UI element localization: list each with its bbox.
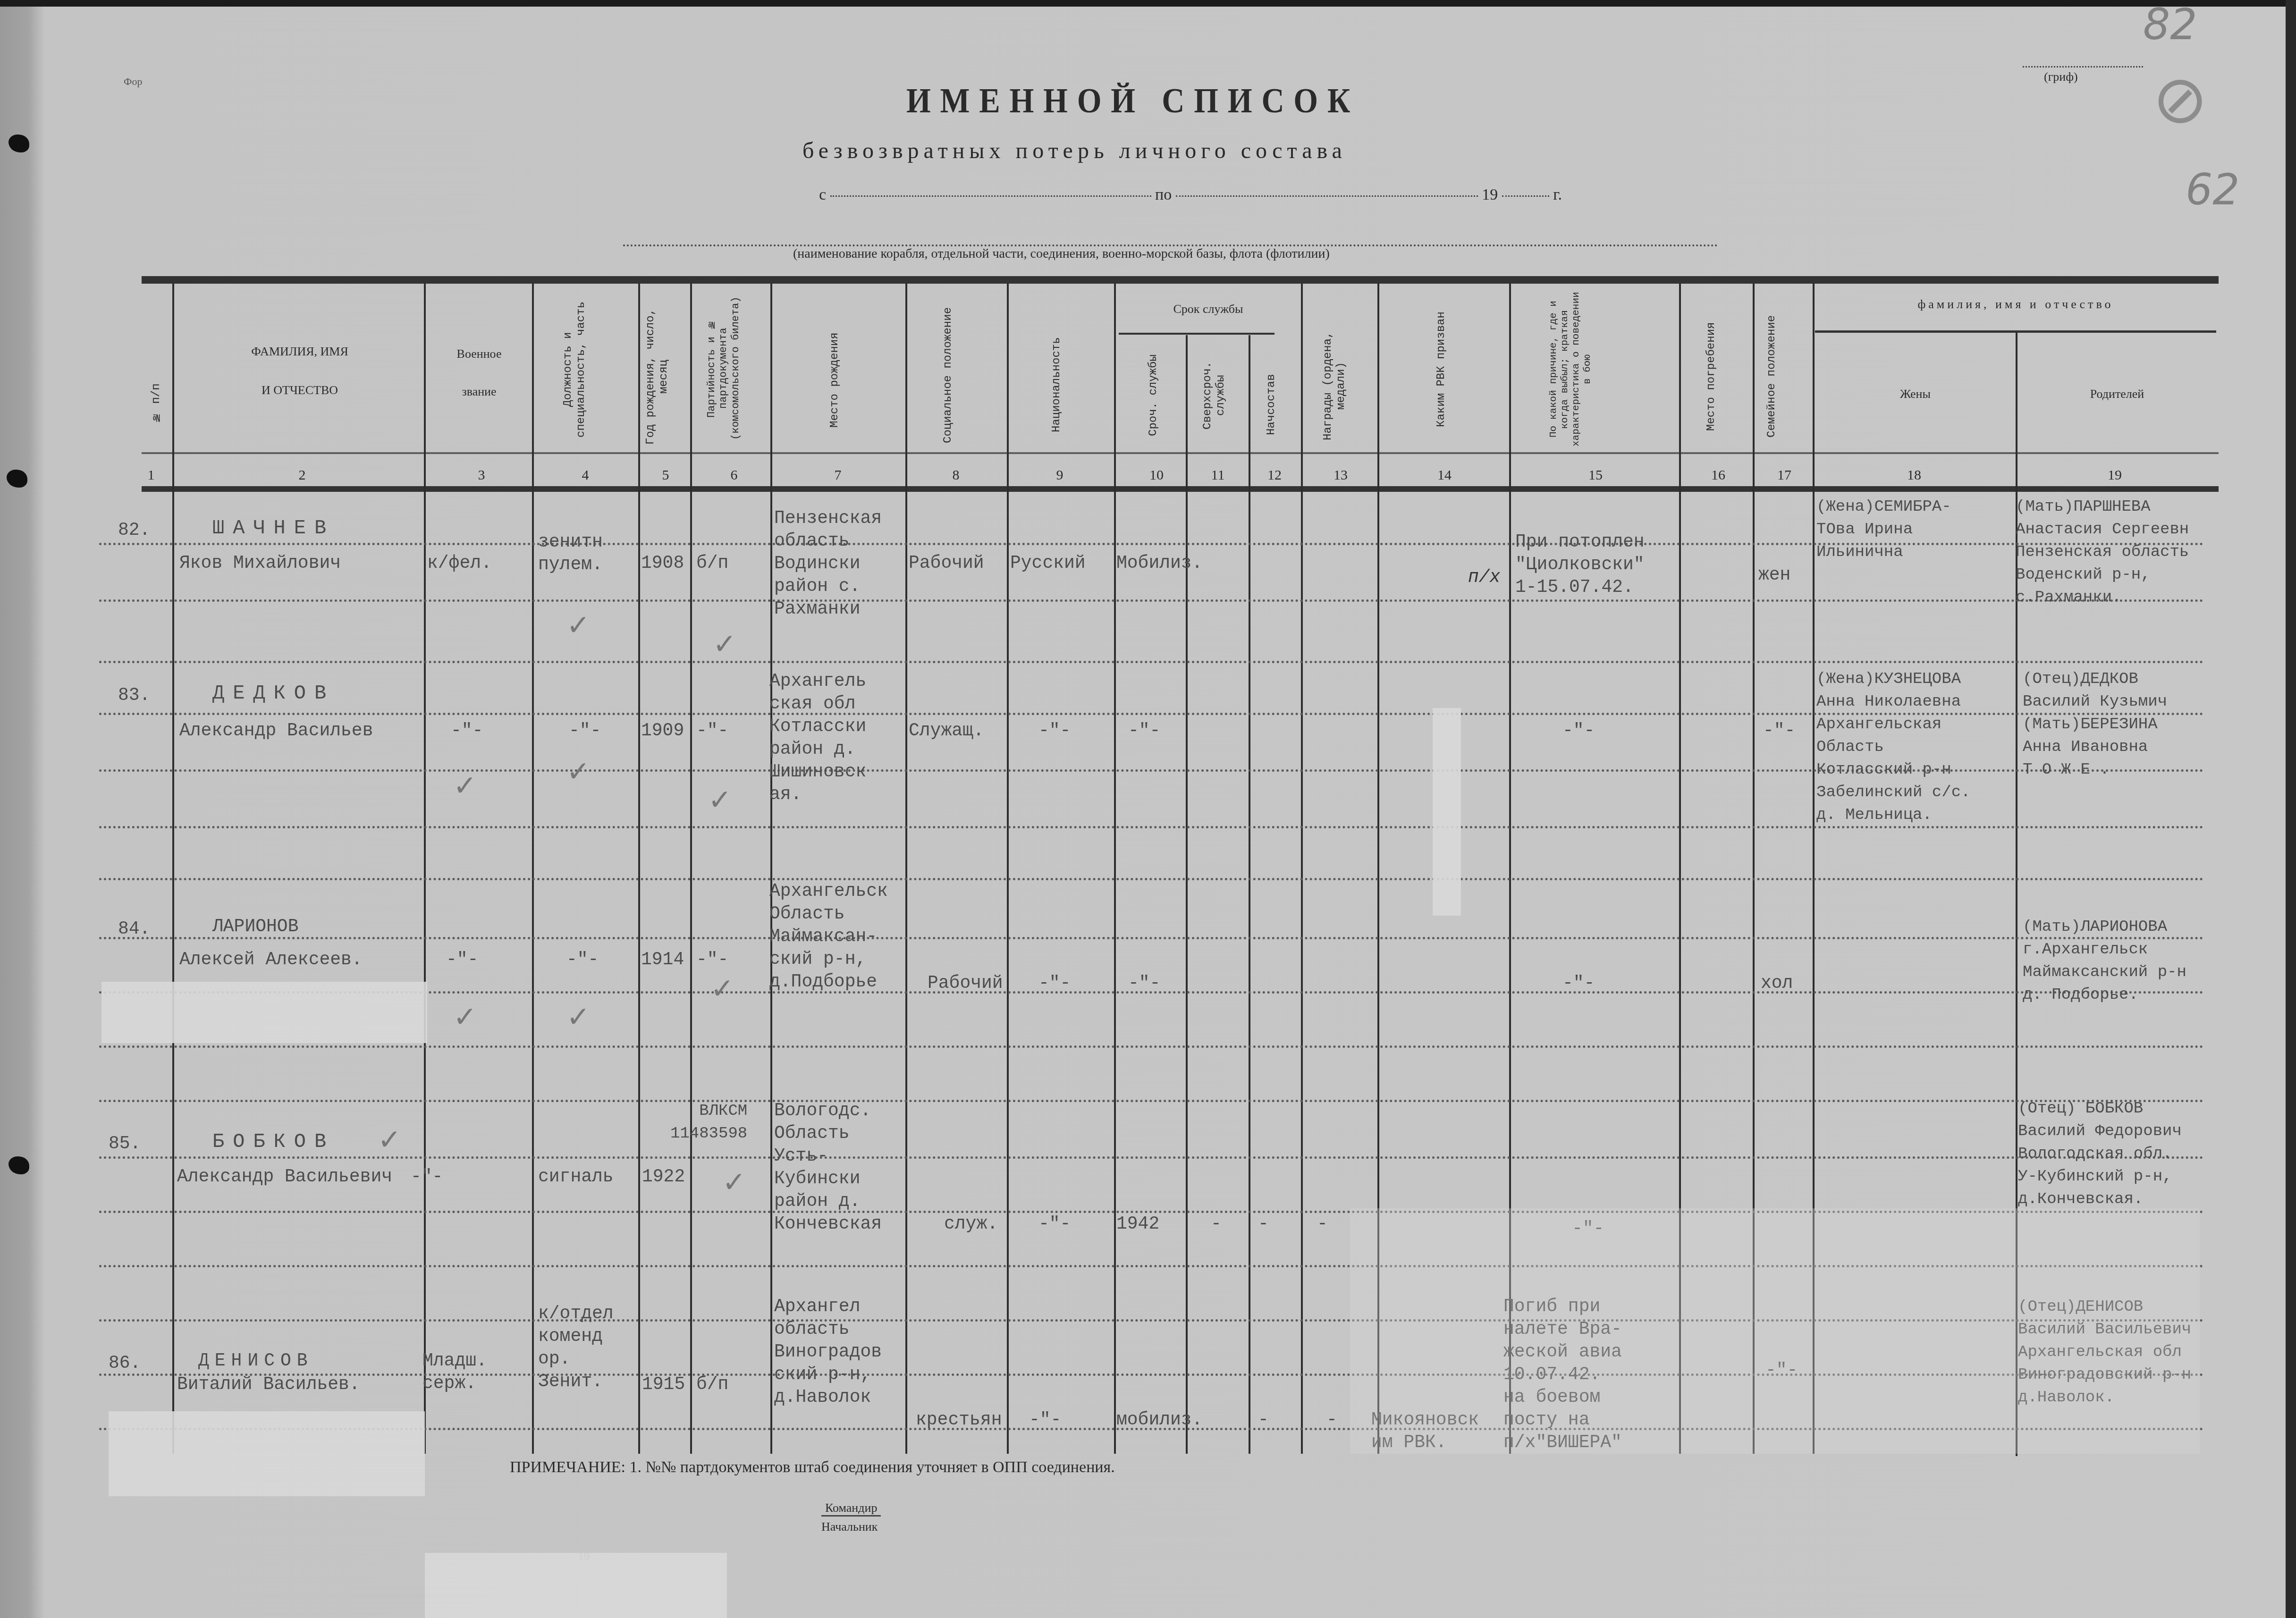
col-number: 14: [1430, 467, 1459, 483]
col-header-12: Начсостав: [1265, 359, 1278, 451]
nationality: Русский: [1010, 552, 1086, 575]
service-term: 1942: [1116, 1213, 1159, 1236]
birth-year: 1922: [642, 1166, 685, 1188]
classification-line: [2023, 66, 2143, 67]
group-header-service-term: Срок службы: [1115, 302, 1301, 316]
scan-border-top: [0, 0, 2296, 7]
col-number: 19: [2101, 467, 2129, 483]
birth-year: 1909: [641, 720, 684, 742]
col-number: 11: [1204, 467, 1232, 483]
col-header-17: Семейное положение: [1765, 302, 1803, 451]
col-number: 3: [467, 467, 496, 483]
wife: (Жена)СЕМИБРА- ТОва Ирина Ильинична: [1816, 496, 1951, 564]
social-status: Служащ.: [909, 720, 984, 742]
document-subtitle: безвозвратных потерь личного состава: [802, 138, 1347, 164]
row-number: 84.: [118, 918, 150, 941]
col-number: 4: [571, 467, 599, 483]
row-number: 86.: [109, 1352, 141, 1375]
rank: -"-: [446, 949, 478, 971]
rvk: Микояновск им РВК.: [1371, 1409, 1479, 1454]
col-header-18: Жены: [1815, 387, 2016, 401]
parents: (Отец) БОБКОВ Василий Федорович Вологодс…: [2018, 1097, 2182, 1211]
overtime-service: -: [1211, 1213, 1222, 1236]
col-header-6: Партийность и № партдокумента (комсомоль…: [706, 286, 762, 451]
check-mark-icon: ✓: [453, 1001, 477, 1034]
check-mark-icon: ✓: [713, 628, 736, 661]
col-header-3-line1: Военное: [427, 347, 531, 361]
header-bottom-border: [142, 486, 2219, 492]
rank: Младш. серж.: [422, 1350, 487, 1395]
handwritten-page-number: 62: [2186, 165, 2240, 215]
check-mark-icon: ✓: [566, 1001, 590, 1034]
check-mark-icon: ✓: [710, 972, 734, 1005]
check-mark-icon: ✓: [566, 755, 590, 788]
service-term: Мобилиз.: [1116, 552, 1202, 575]
nationality: -"-: [1029, 1409, 1061, 1432]
rank: -"-: [451, 720, 483, 742]
document-title: ИМЕННОЙ СПИСОК: [906, 81, 1359, 121]
given-names: Александр Васильев: [179, 720, 373, 742]
position: зенитн пулем.: [538, 531, 603, 576]
party: -"-: [696, 720, 728, 742]
parents: (Отец)ДЕДКОВ Василий Кузьмич (Мать)БЕРЕЗ…: [2023, 668, 2167, 781]
family-status: хол: [1761, 972, 1793, 995]
command-staff: -: [1258, 1213, 1269, 1236]
party: б/п: [696, 552, 728, 575]
col-header-2-line1: ФАМИЛИЯ, ИМЯ: [179, 345, 420, 359]
col-header-9: Национальность: [1050, 321, 1064, 448]
parents: (Отец)ДЕНИСОВ Василий Васильевич Арханге…: [2018, 1296, 2191, 1409]
rank: к/фел.: [427, 552, 492, 575]
col-header-3-line2: звание: [427, 385, 531, 399]
check-mark-icon: ✓: [708, 784, 732, 817]
surname: БОБКОВ: [212, 1130, 335, 1153]
colnum-divider: [142, 452, 2219, 454]
family-status: жен: [1758, 564, 1790, 587]
col-header-7: Место рождения: [828, 312, 842, 448]
paper-patch: [109, 1411, 425, 1496]
surname: ЛАРИОНОВ: [212, 916, 298, 938]
position: -"-: [569, 720, 601, 742]
col-header-8: Социальное положение: [942, 302, 979, 448]
paper-patch: [1433, 708, 1461, 916]
check-mark-icon: ✓: [566, 609, 590, 642]
col-header-11: Сверхсроч. службы: [1201, 340, 1234, 451]
col-header-5: Год рождения, число, месяц: [644, 302, 682, 451]
form-label: Фор: [124, 76, 142, 88]
period-year-field: [1502, 195, 1549, 197]
period-from-field: [830, 195, 1151, 197]
period-line: с по 19 г.: [819, 186, 1562, 204]
nationality: -"-: [1038, 972, 1071, 995]
scan-border-right: [2286, 0, 2296, 1618]
nationality: -"-: [1038, 1213, 1071, 1236]
service-term: -"-: [1128, 972, 1160, 995]
birthplace: Архангел область Виноградов ский р-н, д.…: [774, 1296, 882, 1409]
birthplace: Пензенская область Водински район с. Рах…: [774, 507, 882, 621]
period-year-label: 19: [1482, 186, 1498, 203]
col-number: 18: [1900, 467, 1928, 483]
signature-commander: Командир: [821, 1501, 881, 1517]
nationality: -"-: [1038, 720, 1071, 742]
given-names: Алексей Алексеев.: [179, 949, 363, 971]
table-top-border: [142, 276, 2219, 284]
col-number: 16: [1704, 467, 1732, 483]
check-mark-icon: ✓: [453, 769, 477, 802]
check-mark-icon: ✓: [722, 1166, 746, 1199]
col-number: 1: [137, 467, 165, 483]
position: сигналь: [538, 1166, 614, 1188]
service-term-divider: [1119, 333, 1275, 335]
position: -"-: [566, 949, 599, 971]
birth-year: 1915: [642, 1374, 685, 1396]
given-names: Яков Михайлович: [179, 552, 341, 575]
rank: -"-: [411, 1166, 443, 1188]
row-number: 85.: [109, 1133, 141, 1155]
rvk: п/х: [1468, 566, 1500, 589]
surname: ДЕНИСОВ: [198, 1350, 313, 1373]
birthplace: Вологодс. Область Усть- Кубински район д…: [774, 1100, 882, 1236]
period-to-label: по: [1155, 186, 1172, 203]
col-header-16: Место погребения: [1705, 302, 1718, 451]
surname: ШАЧНЕВ: [212, 517, 335, 539]
party: б/п: [696, 1374, 728, 1396]
party: -"-: [696, 949, 728, 971]
parents: (Мать)ПАРШНЕВА Анастасия Сергеевн Пензен…: [2016, 496, 2189, 609]
reason: При потоплен "Циолковски" 1-15.07.42.: [1515, 531, 1645, 599]
col-header-14: Каким РВК призван: [1435, 288, 1448, 451]
signature-chief: Начальник: [821, 1520, 878, 1534]
col-number: 6: [720, 467, 748, 483]
family-status: -"-: [1765, 1359, 1798, 1382]
parents: (Мать)ЛАРИОНОВА г.Архангельск Маймаксанс…: [2023, 916, 2186, 1006]
period-from-label: с: [819, 186, 826, 203]
reason: -"-: [1562, 720, 1595, 742]
col-header-15: По какой причине, где и когда выбыл; кра…: [1548, 288, 1643, 451]
social-status: Рабочий: [909, 552, 984, 575]
row-number: 83.: [118, 684, 150, 707]
col-number: 15: [1581, 467, 1610, 483]
wife: (Жена)КУЗНЕЦОВА Анна Николаевна Архангел…: [1816, 668, 1970, 826]
reason: -"-: [1562, 972, 1595, 995]
col-number: 12: [1260, 467, 1289, 483]
awards: -: [1317, 1213, 1328, 1236]
col-header-1: № п/п: [150, 359, 163, 448]
period-year-suffix: г.: [1553, 186, 1562, 203]
given-names: Виталий Васильев.: [177, 1374, 360, 1396]
birth-year: 1914: [641, 949, 684, 971]
col-number: 9: [1046, 467, 1074, 483]
col-number: 7: [824, 467, 852, 483]
paper-patch: [101, 982, 427, 1043]
unit-name-caption: (наименование корабля, отдельной части, …: [793, 246, 1330, 261]
col-header-10: Сроч. службы: [1147, 340, 1160, 451]
birthplace: Архангель ская обл Котласски район д. Ши…: [769, 670, 866, 806]
social-status: крестьян: [916, 1409, 1002, 1432]
footnote: ПРИМЕЧАНИЕ: 1. №№ партдокументов штаб со…: [510, 1458, 1115, 1476]
col-number: 17: [1770, 467, 1798, 483]
col-header-19: Родителей: [2018, 387, 2216, 401]
col-header-2-line2: И ОТЧЕСТВО: [179, 383, 420, 397]
family-status: -"-: [1763, 720, 1795, 742]
command-staff: -: [1258, 1409, 1269, 1432]
check-mark-icon: ✓: [378, 1123, 401, 1156]
handwritten-stamp-mark: ⊘: [2152, 61, 2208, 138]
given-names: Александр Васильевич: [177, 1166, 392, 1188]
col-number: 2: [288, 467, 316, 483]
social-status: Рабочий: [928, 972, 1003, 995]
col-number: 10: [1142, 467, 1171, 483]
col-header-13: Награды (ордена, медали): [1322, 321, 1359, 451]
surname: ДЕДКОВ: [212, 682, 335, 705]
period-to-field: [1176, 195, 1478, 197]
classification-label: (гриф): [2044, 70, 2078, 84]
col-number: 5: [651, 467, 680, 483]
row-number: 82.: [118, 519, 150, 542]
col-number: 13: [1326, 467, 1355, 483]
group-header-relatives: фамилия, имя и отчество: [1815, 297, 2216, 312]
party: ВЛКСМ 11483598: [670, 1100, 747, 1145]
position: к/отдел коменд ор. Зенит.: [538, 1303, 614, 1393]
col-header-4: Должность и специальность, часть: [562, 288, 599, 451]
social-status: служ.: [944, 1213, 998, 1236]
reason: Погиб при налете Вра- жеской авиа 10.07.…: [1503, 1296, 1622, 1454]
awards: -: [1326, 1409, 1337, 1432]
birth-year: 1908: [641, 552, 684, 575]
col-number: 8: [942, 467, 970, 483]
handwritten-crossed-number: 82: [2143, 0, 2197, 50]
birthplace: Архангельск Область Маймаксан- ский р-н,…: [769, 880, 888, 994]
service-term: мобилиз.: [1116, 1409, 1202, 1432]
service-term: -"-: [1128, 720, 1160, 742]
paper-patch: [425, 1553, 727, 1618]
